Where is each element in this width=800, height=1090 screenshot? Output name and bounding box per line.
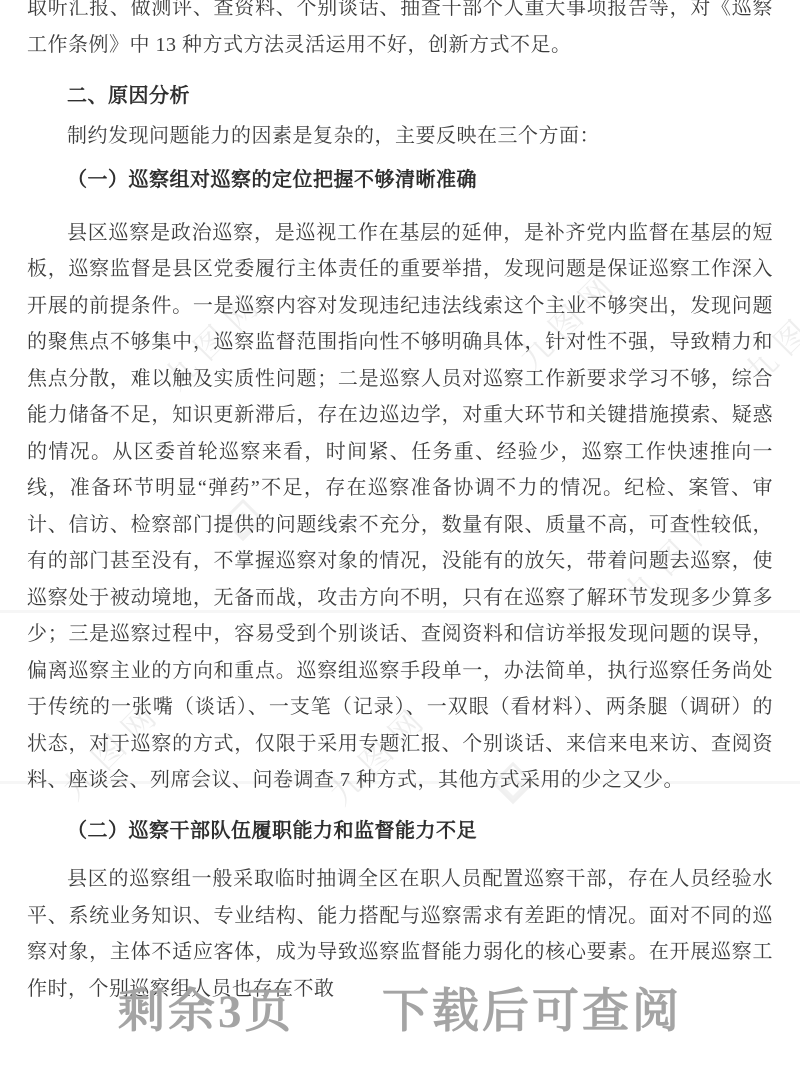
document-content: 取听汇报、做测评、查资料、个别谈话、抽查干部个人重大事项报告等，对《巡察工作条例… (27, 0, 773, 1007)
pages-remaining-banner: 剩余3页 下载后可查阅 (0, 982, 800, 1042)
pages-remaining-text: 剩余3页 (118, 986, 295, 1038)
paragraph-subsection-1: 县区巡察是政治巡察，是巡视工作在基层的延伸，是补齐党内监督在基层的短板，巡察监督… (27, 215, 773, 799)
paragraph-intro: 制约发现问题能力的因素是复杂的，主要反映在三个方面： (27, 118, 773, 155)
subsection-heading-positioning: （一）巡察组对巡察的定位把握不够清晰准确 (27, 162, 773, 199)
document-page: 九图网 九图网 九图网 九图网 九图网 九图网 取听汇报、做测评、查资料、个别谈… (0, 0, 800, 1090)
paragraph-continued-from-previous-page: 取听汇报、做测评、查资料、个别谈话、抽查干部个人重大事项报告等，对《巡察工作条例… (27, 0, 773, 63)
download-to-view-text: 下载后可查阅 (382, 986, 682, 1038)
subsection-heading-team-capability: （二）巡察干部队伍履职能力和监督能力不足 (27, 813, 773, 850)
section-heading-cause-analysis: 二、原因分析 (27, 78, 773, 115)
